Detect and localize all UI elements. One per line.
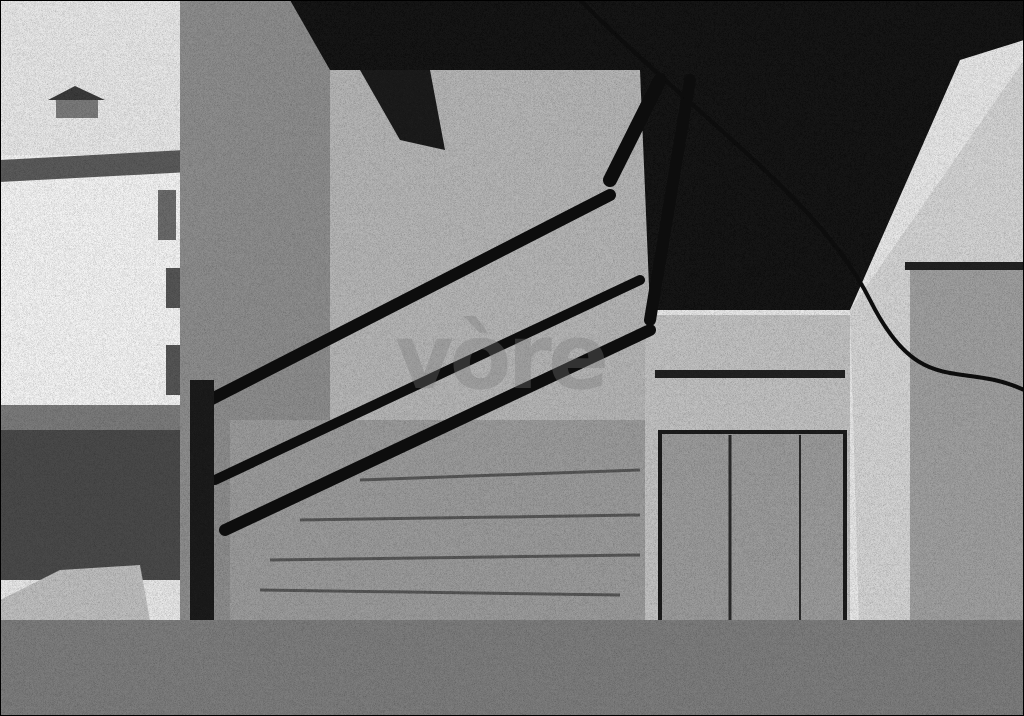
garden	[0, 430, 200, 580]
photo-scene	[0, 0, 1024, 716]
railing-post	[190, 380, 214, 620]
wooden-door	[660, 432, 845, 622]
ground	[0, 620, 1024, 716]
